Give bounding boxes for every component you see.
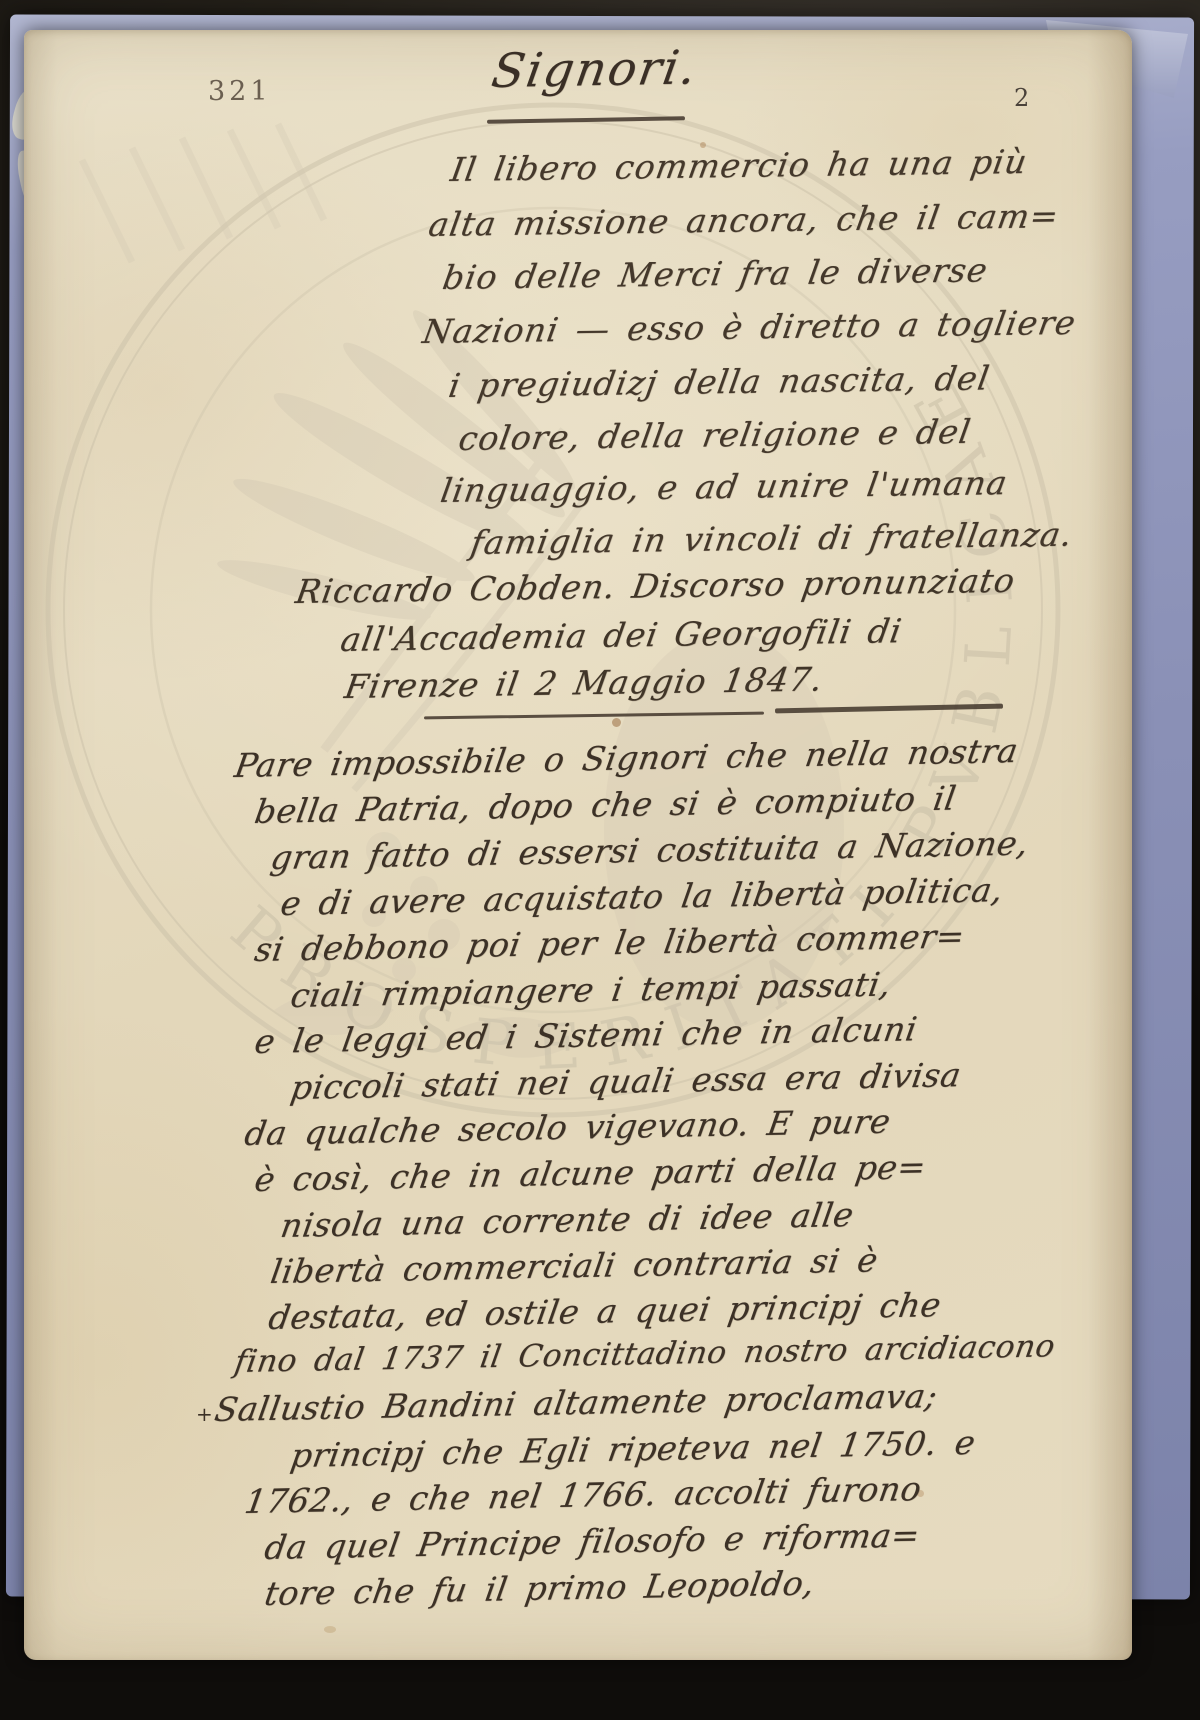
manuscript-line: libertà commerciali contraria si è <box>268 1240 881 1291</box>
manuscript-line: piccoli stati nei quali essa era divisa <box>288 1055 964 1107</box>
manuscript-line: gran fatto di essersi costituita a Nazio… <box>268 824 1031 877</box>
manuscript-line: bella Patria, dopo che si è compiuto il <box>252 779 959 831</box>
page-number: 2 <box>1014 84 1029 112</box>
manuscript-line: ciali rimpiangere i tempi passati, <box>288 965 894 1015</box>
manuscript-line: Firenze il 2 Maggio 1847. <box>342 660 826 706</box>
manuscript-line: Pare impossibile o Signori che nella nos… <box>232 731 1021 785</box>
fox-spot <box>324 1626 336 1633</box>
folio-number: 321 <box>208 76 272 107</box>
hatch-marks <box>82 124 324 262</box>
manuscript-line: e di avere acquistato la libertà politic… <box>278 870 1006 923</box>
manuscript-line: da quel Principe filosofo e riforma= <box>262 1515 923 1567</box>
manuscript-line: Il libero commercio ha una più <box>448 142 1030 189</box>
fox-spot <box>612 718 621 727</box>
date-underline <box>424 712 764 720</box>
manuscript-line: colore, della religione e del <box>456 412 974 458</box>
manuscript-line: e le leggi ed i Sistemi che in alcuni <box>252 1009 920 1061</box>
manuscript-line: all'Accademia dei Georgofili di <box>338 611 905 659</box>
manuscript-line: fino dal 1737 il Concittadino nostro arc… <box>232 1328 1058 1380</box>
manuscript-line: tore che fu il primo Leopoldo, <box>262 1563 818 1613</box>
manuscript-line: famiglia in vincoli di fratellanza. <box>468 515 1076 562</box>
manuscript-line: i pregiudizj della nascita, del <box>446 358 993 405</box>
manuscript-line: 1762., e che nel 1766. accolti furono <box>242 1469 924 1521</box>
photographed-manuscript-scene: { "document": { "folio_number": "321", "… <box>0 0 1200 1720</box>
manuscript-line: è così, che in alcune parti della pe= <box>252 1147 929 1199</box>
manuscript-line: alta missione ancora, che il cam= <box>426 196 1062 244</box>
page-heading: Signori. <box>488 40 702 99</box>
manuscript-line: Nazioni — esso è diretto a togliere <box>420 303 1079 351</box>
manuscript-line: bio delle Merci fra le diverse <box>440 250 991 297</box>
manuscript-line: Sallustio Bandini altamente proclamava; <box>212 1376 940 1429</box>
manuscript-page: PROSPERITATI PVBLICAE 321 2 Signori. <box>24 30 1132 1660</box>
insertion-mark: + <box>196 1402 213 1426</box>
heading-underline <box>487 116 685 123</box>
date-underline <box>775 704 1003 714</box>
manuscript-line: destata, ed ostile a quei principj che <box>266 1285 944 1337</box>
manuscript-line: principj che Egli ripeteva nel 1750. e <box>288 1423 978 1475</box>
manuscript-line: si debbono poi per le libertà commer= <box>252 916 968 969</box>
manuscript-line: linguaggio, e ad unire l'umana <box>438 463 1011 510</box>
manuscript-line: da qualche secolo vigevano. E pure <box>242 1102 894 1153</box>
manuscript-line: Riccardo Cobden. Discorso pronunziato <box>293 561 1018 611</box>
manuscript-line: nisola una corrente di idee alle <box>278 1195 857 1245</box>
